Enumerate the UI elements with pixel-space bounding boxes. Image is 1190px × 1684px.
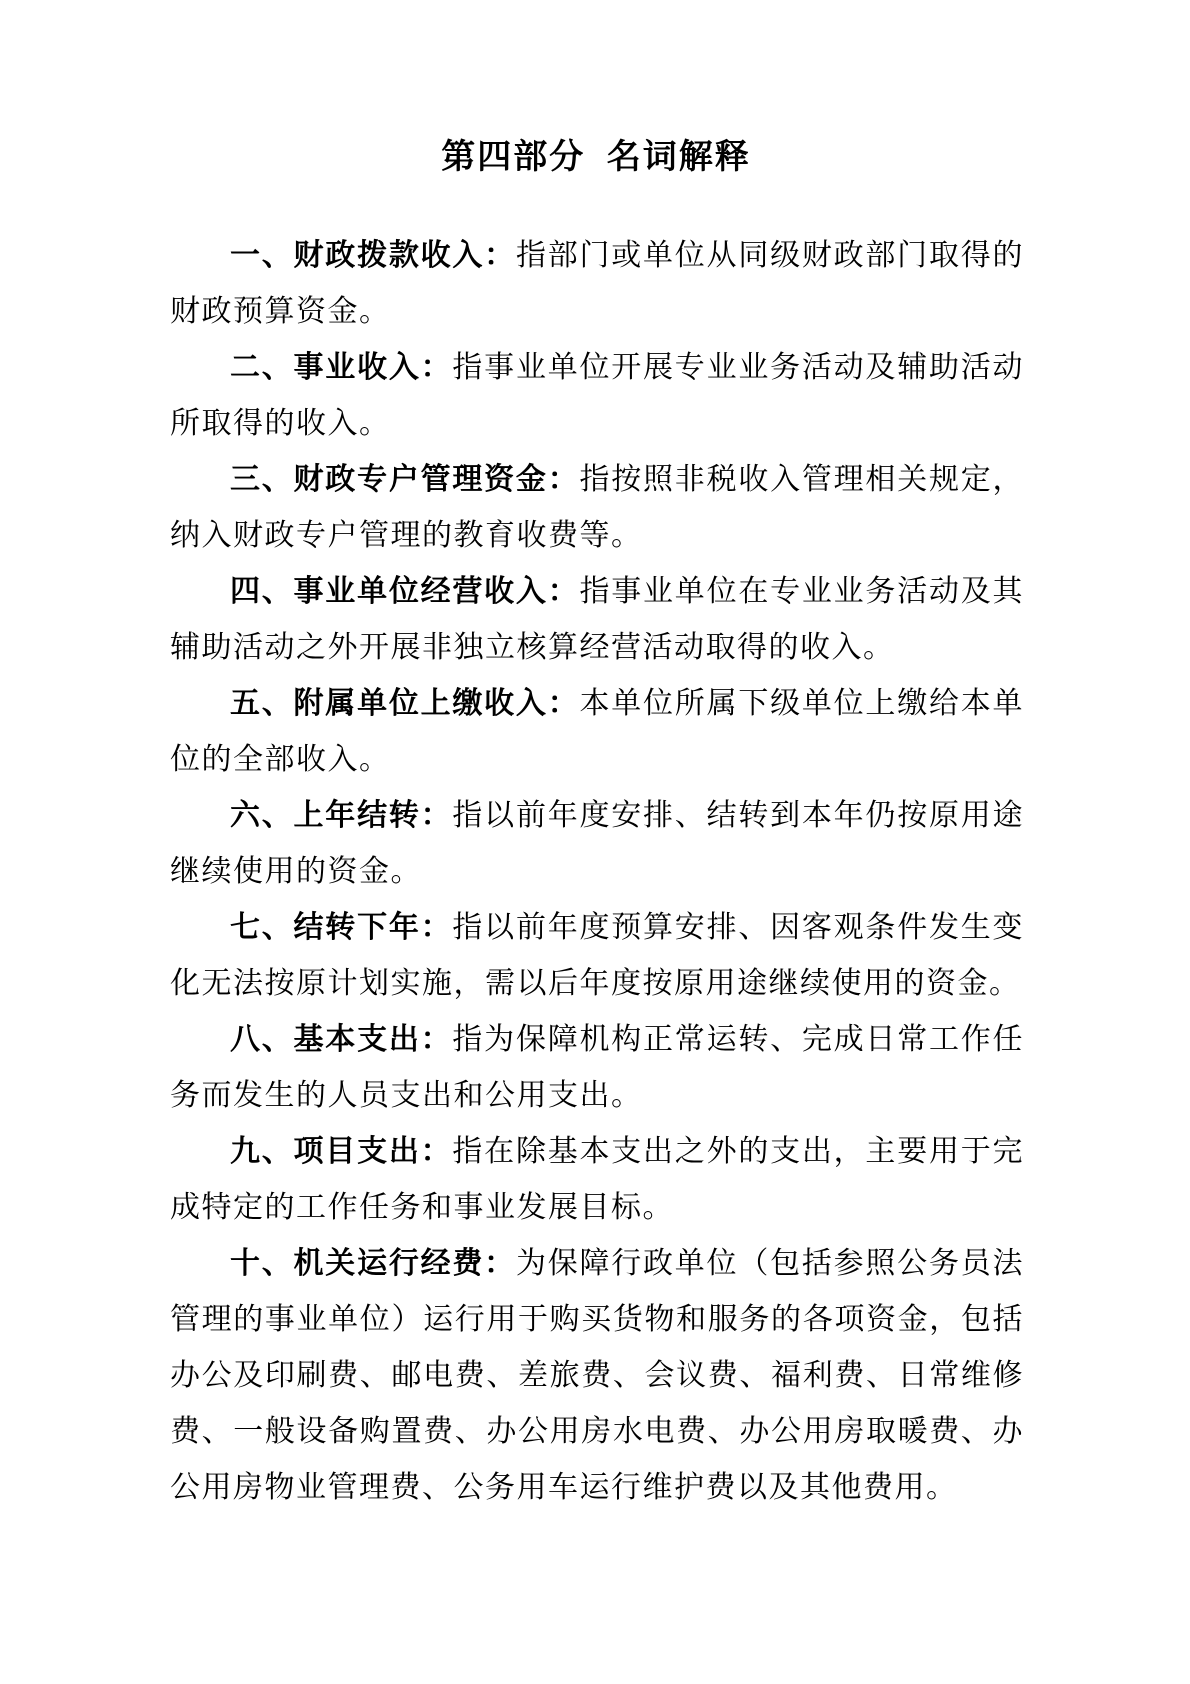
term-paragraph: 四、事业单位经营收入：指事业单位在专业业务活动及其辅助活动之外开展非独立核算经营… [170, 564, 1024, 676]
page-title: 第四部分 名词解释 [170, 133, 1022, 181]
term-label: 八、基本支出： [230, 1023, 452, 1056]
term-paragraph: 七、结转下年：指以前年度预算安排、因客观条件发生变化无法按原计划实施，需以后年度… [170, 900, 1024, 1012]
term-label: 五、附属单位上缴收入： [230, 687, 579, 720]
term-label: 十、机关运行经费： [230, 1247, 516, 1280]
term-label: 七、结转下年： [230, 911, 452, 944]
term-label: 六、上年结转： [230, 799, 452, 832]
terms-list: 一、财政拨款收入：指部门或单位从同级财政部门取得的财政预算资金。 二、事业收入：… [170, 228, 1024, 1516]
term-paragraph: 十、机关运行经费：为保障行政单位（包括参照公务员法管理的事业单位）运行用于购买货… [170, 1236, 1024, 1516]
term-paragraph: 九、项目支出：指在除基本支出之外的支出，主要用于完成特定的工作任务和事业发展目标… [170, 1124, 1024, 1236]
term-paragraph: 二、事业收入：指事业单位开展专业业务活动及辅助活动所取得的收入。 [170, 340, 1024, 452]
term-label: 三、财政专户管理资金： [230, 463, 579, 496]
term-definition: 为保障行政单位（包括参照公务员法管理的事业单位）运行用于购买货物和服务的各项资金… [170, 1247, 1024, 1504]
term-paragraph: 六、上年结转：指以前年度安排、结转到本年仍按原用途继续使用的资金。 [170, 788, 1024, 900]
term-label: 九、项目支出： [230, 1135, 452, 1168]
term-label: 四、事业单位经营收入： [230, 575, 579, 608]
term-paragraph: 一、财政拨款收入：指部门或单位从同级财政部门取得的财政预算资金。 [170, 228, 1024, 340]
term-label: 二、事业收入： [230, 351, 452, 384]
term-paragraph: 三、财政专户管理资金：指按照非税收入管理相关规定，纳入财政专户管理的教育收费等。 [170, 452, 1024, 564]
term-paragraph: 五、附属单位上缴收入：本单位所属下级单位上缴给本单位的全部收入。 [170, 676, 1024, 788]
term-label: 一、财政拨款收入： [230, 239, 516, 272]
term-paragraph: 八、基本支出：指为保障机构正常运转、完成日常工作任务而发生的人员支出和公用支出。 [170, 1012, 1024, 1124]
document-page: 第四部分 名词解释 一、财政拨款收入：指部门或单位从同级财政部门取得的财政预算资… [0, 0, 1190, 1684]
